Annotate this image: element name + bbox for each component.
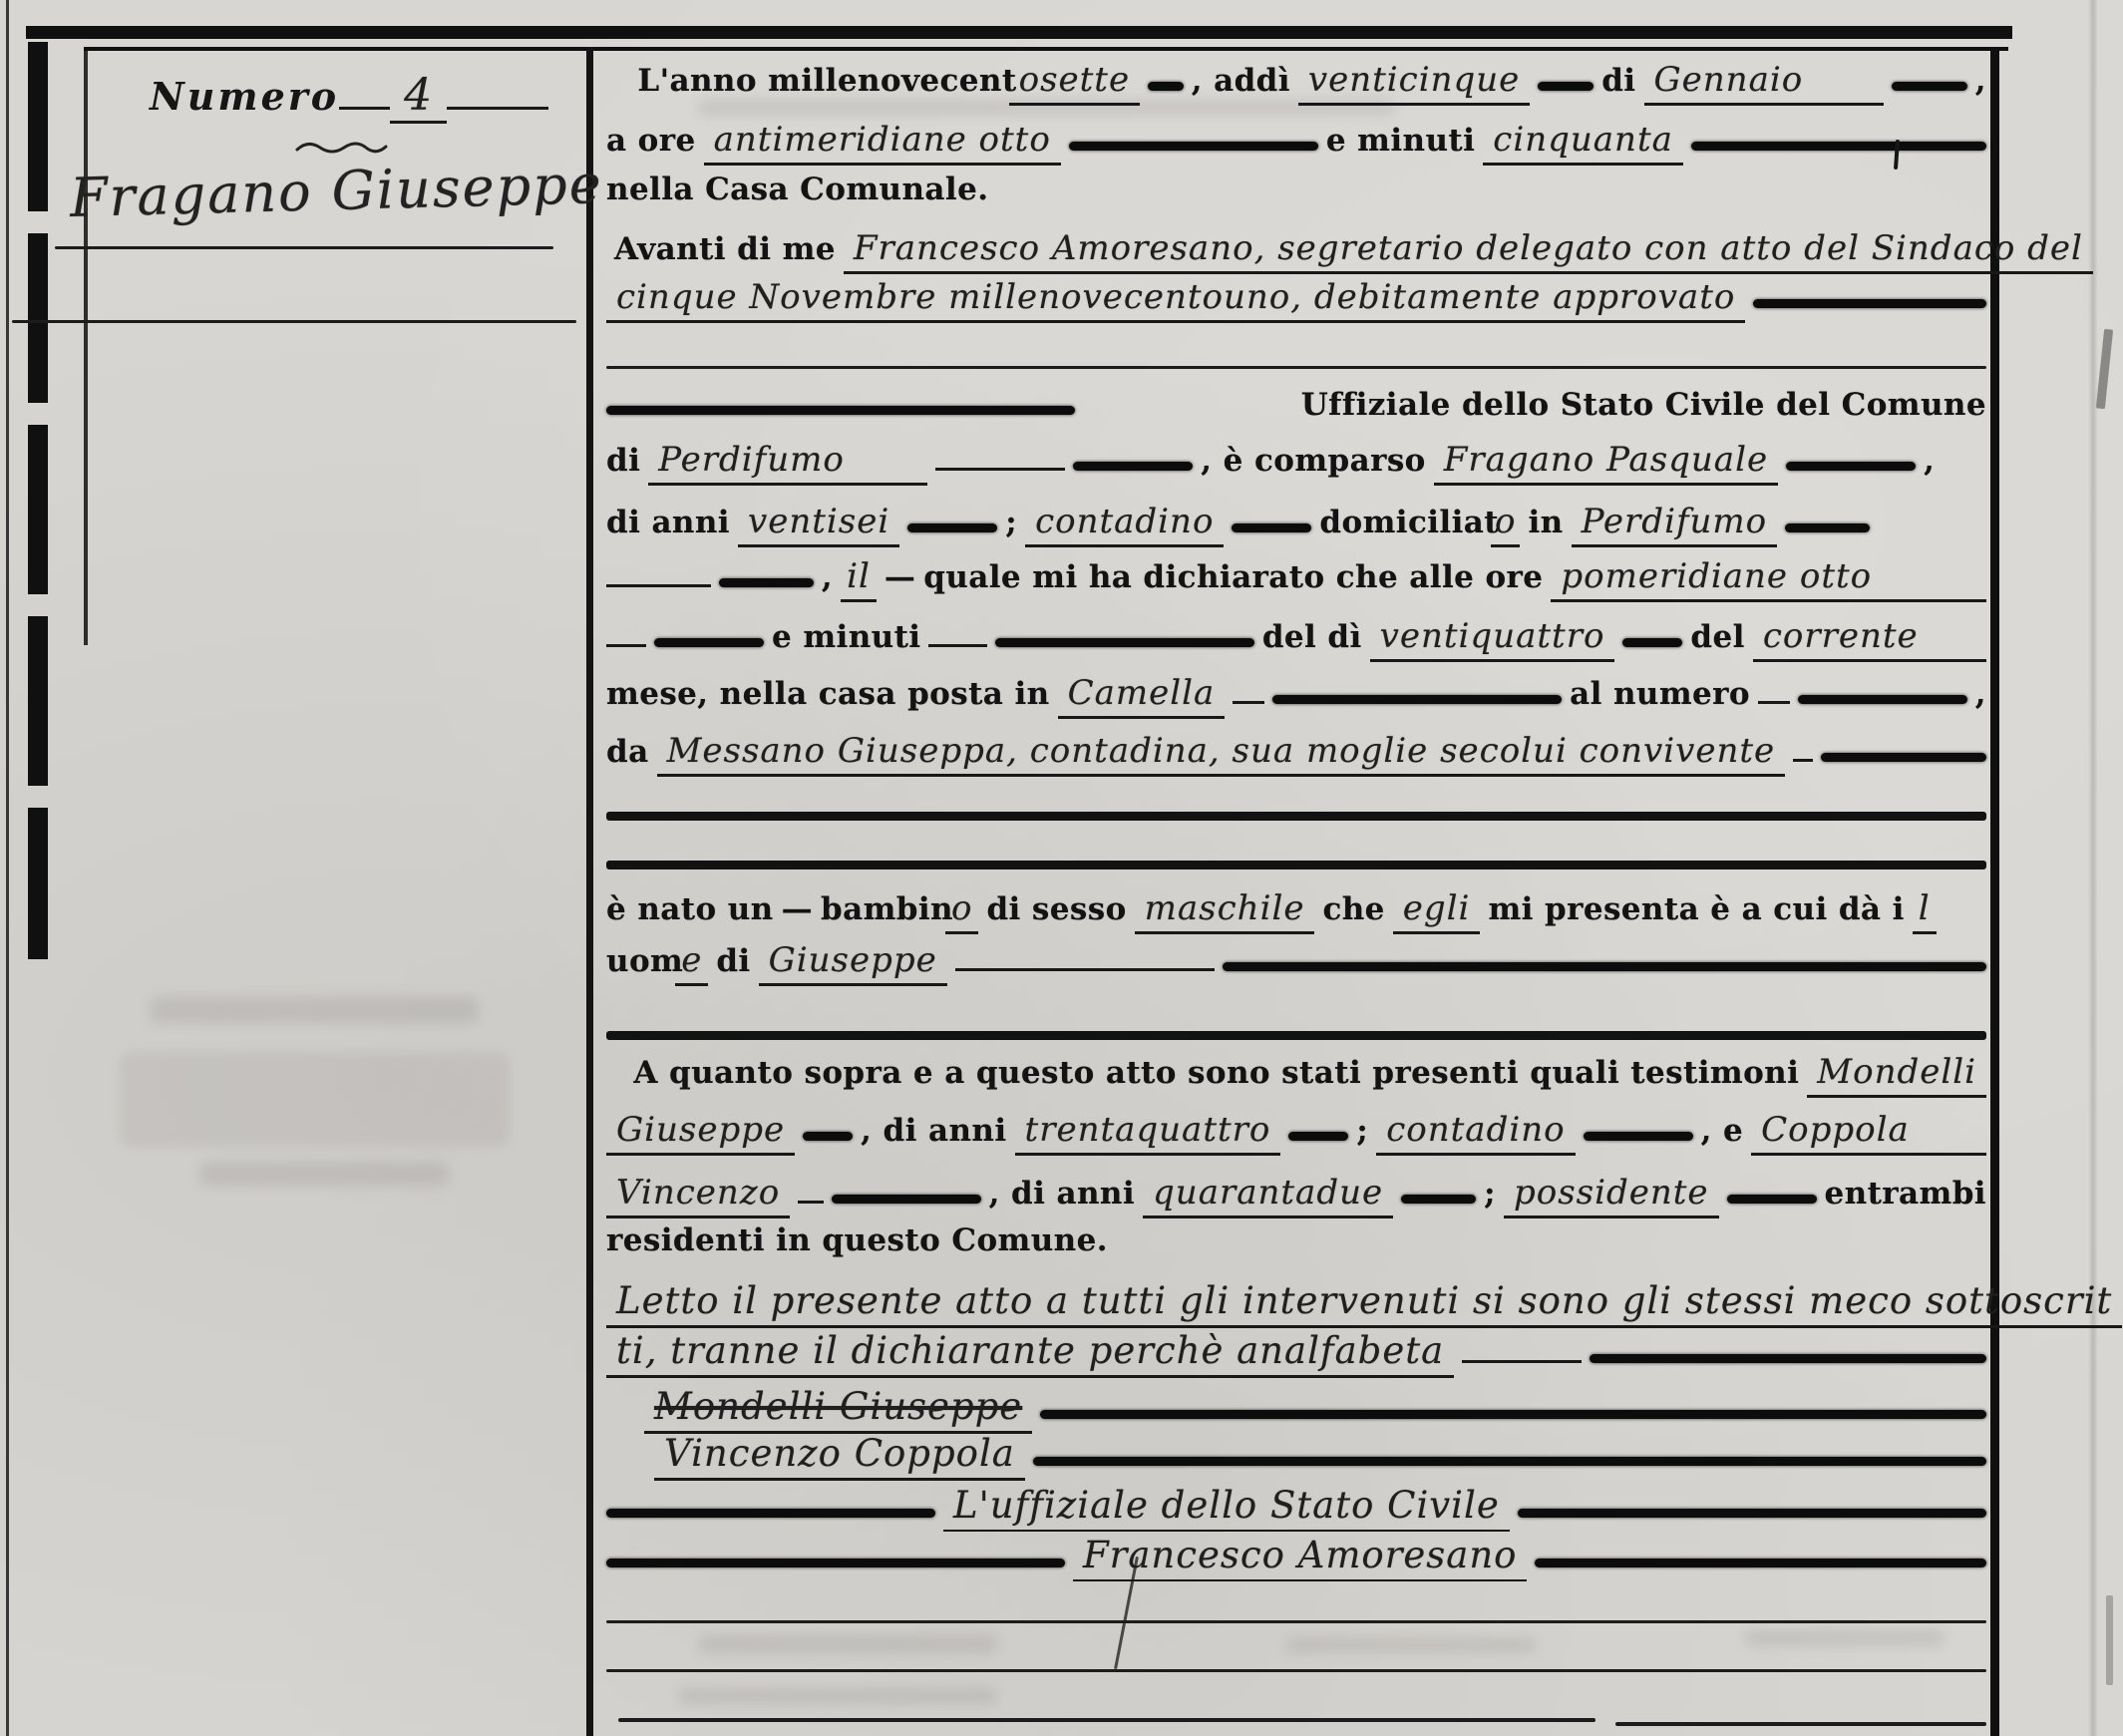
entry-presenter: egli: [1393, 888, 1481, 934]
ink-smear: [1033, 1457, 1986, 1466]
printed-text: ;: [1005, 505, 1017, 540]
entry-hour: antimeridiane otto: [704, 120, 1061, 166]
act-line-11: e minuti del dì ventiquattro del corrent…: [606, 616, 1986, 662]
printed-text: , e: [1701, 1113, 1744, 1149]
printed-text: di: [606, 443, 640, 479]
act-line-2: a ore antimeridiane otto e minuti cinqua…: [606, 120, 1986, 166]
entry-declarant-name: Fragano Pasquale: [1434, 440, 1778, 486]
printed-text: ;: [1356, 1113, 1368, 1149]
entry-month: Gennaio: [1644, 60, 1884, 106]
ink-smear: [1590, 1354, 1986, 1363]
ink-smear: [1272, 695, 1562, 704]
frame-right-border: [1990, 47, 1999, 1736]
ink-smear: [832, 1195, 981, 1204]
printed-text: domiciliat: [1319, 505, 1499, 540]
printed-text: mi presenta è a cui dà i: [1488, 891, 1904, 927]
ink-smear: [1785, 523, 1870, 532]
ruled-line: [1462, 1360, 1582, 1363]
printed-text: nella Casa Comunale.: [606, 172, 988, 207]
entry-witness2-age: quarantadue: [1143, 1173, 1393, 1218]
act-line-28: Francesco Amoresano: [606, 1534, 1986, 1581]
ink-smear: [1518, 1509, 1986, 1518]
frame-left-inner: [84, 47, 88, 645]
entry-mother: Messano Giuseppa, contadina, sua moglie …: [657, 731, 1786, 777]
ink-smear: [1727, 1195, 1817, 1204]
ruled-line: [12, 320, 576, 323]
numero-label: Numero: [150, 74, 339, 119]
ruled-line: [606, 584, 711, 587]
printed-text: , addì: [1192, 63, 1290, 99]
ink-smear: [606, 1559, 1065, 1567]
entry-witness2-surname: Coppola: [1751, 1110, 1986, 1156]
ink-smear: [1535, 1559, 1986, 1567]
ruled-line: [606, 1620, 1986, 1623]
ink-smear: [1691, 142, 1986, 151]
printed-text: residenti in questo Comune.: [606, 1222, 1108, 1258]
ink-smear: [803, 1132, 853, 1141]
printed-text: ,: [1924, 443, 1935, 479]
act-line-19: A quanto sopra e a questo atto sono stat…: [606, 1052, 1986, 1098]
entry-birth-place: Camella: [1058, 673, 1226, 719]
entry-child-name: Giuseppe: [759, 940, 947, 986]
printed-dash: —: [782, 891, 813, 927]
printed-text: bambin: [821, 891, 953, 927]
act-line-13: da Messano Giuseppa, contadina, sua mogl…: [606, 731, 1986, 777]
act-line-25: Mondelli Giuseppe: [606, 1385, 1986, 1434]
bleedthrough-mark: [698, 1635, 997, 1653]
act-line-5: cinque Novembre millenovecentouno, debit…: [606, 277, 1986, 323]
act-line-24: ti, tranne il dichiarante perchè analfab…: [606, 1329, 1986, 1378]
entry-declarant-occupation: contadino: [1025, 502, 1224, 547]
printed-text: di anni: [606, 505, 730, 540]
ruled-line: [606, 1669, 1986, 1672]
entry-witness1-age: trentaquattro: [1015, 1110, 1281, 1156]
act-number-entry: 4: [390, 70, 447, 124]
entry-witness1-firstname: Giuseppe: [606, 1110, 795, 1156]
ink-smear: [719, 578, 814, 587]
act-line-3: nella Casa Comunale.: [606, 172, 1986, 207]
act-line-22: residenti in questo Comune.: [606, 1222, 1986, 1258]
ruled-line: [1233, 701, 1264, 704]
printed-text: del dì: [1262, 619, 1362, 655]
ink-smear: [1148, 82, 1184, 91]
entry-day: venticinque: [1298, 60, 1530, 106]
ruled-line-heavy: [606, 861, 1986, 869]
act-line-8: di Perdifumo , è comparso Fragano Pasqua…: [606, 440, 1986, 486]
ink-smear: [995, 638, 1254, 647]
printed-text: da: [606, 734, 649, 770]
frame-top-inner: [84, 47, 2008, 51]
entry-year-suffix: osette: [1009, 60, 1141, 106]
ruled-line-heavy: [606, 812, 1986, 821]
act-line-20: Giuseppe , di anni trentaquattro ; conta…: [606, 1110, 1986, 1156]
ruled-line: [1758, 701, 1790, 704]
entry-witness2-firstname: Vincenzo: [606, 1173, 790, 1218]
entry-word-suffix: o: [1491, 502, 1520, 547]
printed-text: ;: [1484, 1176, 1496, 1212]
printed-text: che: [1322, 891, 1384, 927]
printed-text: al numero: [1570, 676, 1750, 712]
act-line-17: uom e di Giuseppe: [606, 940, 1986, 986]
ink-smear: [1821, 753, 1986, 762]
closing-statement-line2: ti, tranne il dichiarante perchè analfab…: [606, 1329, 1454, 1378]
ruled-line: [955, 968, 1215, 971]
ink-smear: [1584, 1132, 1693, 1141]
act-line-12: mese, nella casa posta in Camella al num…: [606, 673, 1986, 719]
ruled-line: [339, 107, 390, 110]
act-line-23: Letto il presente atto a tutti gli inter…: [606, 1279, 1986, 1328]
closing-statement-line1: Letto il presente atto a tutti gli inter…: [606, 1279, 2122, 1328]
ruled-line: [618, 1718, 1595, 1722]
printed-text: ,: [1975, 63, 1986, 99]
ink-smear: [654, 638, 764, 647]
signature-witness1: Mondelli Giuseppe: [644, 1385, 1032, 1434]
entry-birth-day: ventiquattro: [1370, 616, 1615, 662]
entry-witness1-surname: Mondelli: [1807, 1052, 1986, 1098]
ink-smear: [606, 406, 1075, 415]
printed-text: e minuti: [772, 619, 920, 655]
printed-text: è nato un: [606, 891, 774, 927]
act-line-1: L'anno millenovecent osette , addì venti…: [606, 60, 1986, 106]
printed-text: Avanti di me: [614, 231, 836, 267]
ink-smear: [1069, 142, 1318, 151]
printed-text: A quanto sopra e a questo atto sono stat…: [633, 1055, 1799, 1091]
printed-text: e minuti: [1326, 123, 1475, 159]
entry-birth-month: corrente: [1753, 616, 1986, 662]
bleedthrough-mark: [678, 1688, 997, 1704]
ink-smear: [606, 1509, 935, 1518]
printed-text: Uffiziale dello Stato Civile del Comune: [1301, 387, 1986, 423]
ink-smear: [1538, 82, 1593, 91]
ink-smear: [907, 523, 997, 532]
ink-smear: [1073, 462, 1193, 471]
entry-official-continued: cinque Novembre millenovecentouno, debit…: [606, 277, 1745, 323]
printed-text: a ore: [606, 123, 696, 159]
binding-mark: [2106, 1595, 2113, 1685]
page-edge-line: [6, 0, 9, 1736]
ink-smear: [1892, 82, 1967, 91]
printed-dash: —: [885, 559, 915, 595]
birth-act-page: Numero 4 Fragano Giuseppe L'anno milleno…: [0, 0, 2123, 1736]
act-line-26: Vincenzo Coppola: [606, 1432, 1986, 1481]
act-line-27: L'uffiziale dello Stato Civile: [606, 1484, 1986, 1532]
ruled-line-heavy: [606, 1031, 1986, 1040]
ruled-line: [1615, 1722, 1986, 1726]
entry-declarant-age: ventisei: [738, 502, 899, 547]
printed-text: , è comparso: [1201, 443, 1425, 479]
printed-text: , di anni: [861, 1113, 1006, 1149]
entry-declarant-domicile: Perdifumo: [1572, 502, 1778, 547]
printed-text: di sesso: [986, 891, 1126, 927]
ruled-line: [935, 468, 1065, 471]
official-title-script: L'uffiziale dello Stato Civile: [943, 1484, 1510, 1532]
entry-birth-hour: pomeridiane otto: [1551, 556, 1986, 602]
flourish-squiggle: [294, 138, 389, 158]
printed-text: del: [1690, 619, 1744, 655]
registrant-name-entry: Fragano Giuseppe: [69, 153, 603, 229]
act-line-4: Avanti di me Francesco Amoresano, segret…: [606, 228, 1986, 274]
printed-text: L'anno millenovecent: [637, 63, 1016, 99]
signature-official: Francesco Amoresano: [1073, 1534, 1527, 1581]
bleedthrough-mark: [150, 997, 479, 1023]
printed-text: quale mi ha dichiarato che alle ore: [923, 559, 1543, 595]
act-line-10: , il — quale mi ha dichiarato che alle o…: [606, 556, 1986, 602]
signature-witness2: Vincenzo Coppola: [654, 1432, 1025, 1481]
printed-text: di: [716, 943, 750, 979]
act-line-7: Uffiziale dello Stato Civile del Comune: [606, 387, 1986, 423]
ink-smear: [1223, 962, 1986, 971]
frame-top-outer: [26, 26, 2012, 39]
numero-row: Numero 4: [150, 70, 548, 124]
ruled-line: [928, 644, 986, 647]
entry-sex: maschile: [1135, 888, 1315, 934]
entry-witness2-occupation: possidente: [1504, 1173, 1719, 1218]
entry-witness1-occupation: contadino: [1376, 1110, 1575, 1156]
printed-text: , di anni: [989, 1176, 1135, 1212]
ruled-line: [55, 246, 553, 249]
ruled-line: [447, 107, 548, 110]
printed-text: entrambi: [1825, 1176, 1986, 1212]
ink-smear: [1798, 695, 1967, 704]
bleedthrough-mark: [1286, 1638, 1536, 1652]
ink-smear: [1040, 1410, 1986, 1419]
entry-name-initial: l: [1913, 888, 1937, 934]
entry-bambino-suffix: o: [945, 888, 978, 934]
entry-comune: Perdifumo: [648, 440, 927, 486]
entry-uome-suffix: e: [675, 940, 708, 986]
ruled-line: [1793, 759, 1813, 762]
entry-official: Francesco Amoresano, segretario delegato…: [844, 228, 2093, 274]
entry-pronoun: il: [841, 556, 877, 602]
frame-left-outer: [28, 42, 48, 959]
printed-text: ,: [822, 559, 833, 595]
ruled-line: [798, 1201, 823, 1204]
printed-text: mese, nella casa posta in: [606, 676, 1050, 712]
binding-mark: [2096, 329, 2113, 410]
printed-text: di: [1601, 63, 1635, 99]
bleedthrough-mark: [199, 1162, 449, 1186]
ink-smear: [1288, 1132, 1348, 1141]
ruled-line: [606, 644, 646, 647]
entry-minutes: cinquanta: [1483, 120, 1683, 166]
ink-smear: [1401, 1195, 1476, 1204]
ruled-line: [606, 366, 1986, 369]
act-line-16: è nato un — bambin o di sesso maschile c…: [606, 888, 1986, 934]
bleedthrough-mark: [120, 1052, 509, 1147]
printed-text: in: [1528, 505, 1563, 540]
ink-smear: [1786, 462, 1916, 471]
ink-smear: [1622, 638, 1682, 647]
printed-text: ,: [1975, 676, 1986, 712]
act-line-21: Vincenzo , di anni quarantadue ; posside…: [606, 1173, 1986, 1218]
column-divider-line: [586, 47, 593, 1736]
printed-text: uom: [606, 943, 683, 979]
ink-smear: [1753, 299, 1986, 308]
ink-smear: [1232, 523, 1311, 532]
bleedthrough-mark: [1745, 1630, 1945, 1646]
act-line-9: di anni ventisei ; contadino domiciliat …: [606, 502, 1986, 547]
